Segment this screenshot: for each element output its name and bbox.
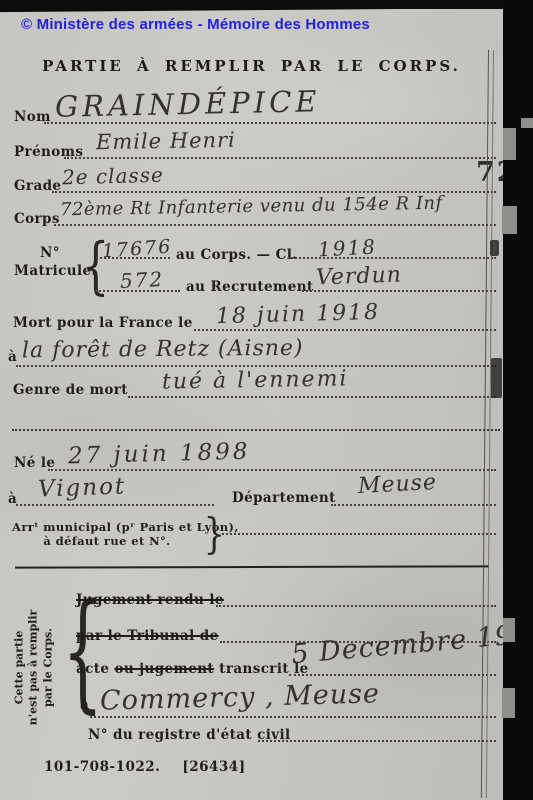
departement-handwritten: Meuse [357, 472, 437, 498]
prenoms-handwritten-value: Emile Henri [96, 130, 236, 153]
mort-label: Mort pour la France le [13, 315, 193, 331]
mort-dotted-line [194, 329, 496, 331]
departement-label: Département [232, 490, 336, 506]
side-note-line3: par le Corps. [41, 628, 54, 707]
torn-paper-bit [502, 206, 517, 234]
matricule-corps-dotted [96, 257, 170, 259]
torn-paper-bit [521, 118, 533, 128]
transcrit-lieu-handwritten: Commercy , Meuse [100, 680, 381, 714]
arr-municipal-label-line2: à défaut rue et N°. [12, 534, 202, 548]
matricule-classe-handwritten: 1918 [318, 236, 378, 259]
side-note-line2: n'est pas à remplir [27, 610, 40, 726]
acte-prefix: acte [76, 661, 115, 677]
genre-mort-label: Genre de mort [13, 382, 128, 398]
scanned-death-record-page: { "watermark": { "text": "© Ministère de… [0, 0, 533, 800]
section-separator-dotted [12, 429, 500, 431]
matricule-recrutement-dotted2 [302, 290, 496, 292]
matricule-corps-label: au Corps. — Cl. [176, 247, 297, 263]
tribunal-label-struck: par le Tribunal de [76, 628, 219, 644]
torn-paper-bit [503, 128, 516, 160]
mort-lieu-handwritten: la forêt de Retz (Aisne) [22, 338, 304, 362]
matricule-recrutement-label: au Recrutement [186, 279, 314, 295]
genre-mort-handwritten: tué à l'ennemi [162, 368, 349, 393]
ne-date-handwritten: 27 juin 1898 [68, 441, 251, 469]
transcrit-lieu-label: à [80, 697, 89, 713]
corps-dotted-line [54, 224, 496, 226]
prenoms-dotted-line [64, 157, 496, 159]
matricule-recrutement-dotted1 [96, 290, 180, 292]
jugement-dotted-line [216, 605, 496, 607]
mort-date-handwritten: 18 juin 1918 [216, 302, 381, 328]
mort-lieu-label: à [8, 349, 17, 365]
nom-handwritten-value: GRAINDÉPICE [55, 87, 321, 122]
registre-dotted-line [258, 740, 496, 742]
departement-dotted-line [331, 504, 496, 506]
copyright-watermark: © Ministère des armées - Mémoire des Hom… [21, 16, 370, 33]
torn-paper-bit [503, 618, 515, 642]
grade-handwritten-value: 2e classe [62, 165, 164, 188]
print-code-ref: [26434] [182, 759, 245, 775]
matricule-label-no: N° [40, 245, 60, 261]
print-code-number: 101-708-1022. [44, 759, 160, 775]
form-title: PARTIE À REMPLIR PAR LE CORPS. [0, 57, 503, 75]
genre-mort-dotted-line [128, 396, 496, 398]
torn-paper-bit [502, 688, 515, 718]
matricule-recrutement-handwritten: 572 [120, 269, 165, 291]
matricule-recrutement-place-handwritten: Verdun [316, 265, 403, 290]
ne-lieu-handwritten: Vignot [38, 475, 127, 501]
transcrit-lieu-dotted-line [90, 716, 496, 718]
acte-struck-words: ou jugement [115, 661, 215, 677]
side-note-vertical: Cette partie n'est pas à remplir par le … [13, 592, 56, 742]
arr-municipal-dotted-line [222, 533, 496, 535]
jugement-label-struck: Jugement rendu le [76, 592, 224, 608]
ne-lieu-dotted-line [16, 504, 214, 506]
side-note-line1: Cette partie [13, 631, 26, 705]
scan-smudge [491, 358, 502, 398]
acte-dotted-line [289, 674, 496, 676]
print-code: 101-708-1022.[26434] [44, 759, 268, 775]
mort-lieu-dotted-line [16, 365, 496, 367]
acte-transcrit-label: acte ou jugement transcrit le [76, 661, 309, 677]
scan-smudge [490, 240, 499, 256]
